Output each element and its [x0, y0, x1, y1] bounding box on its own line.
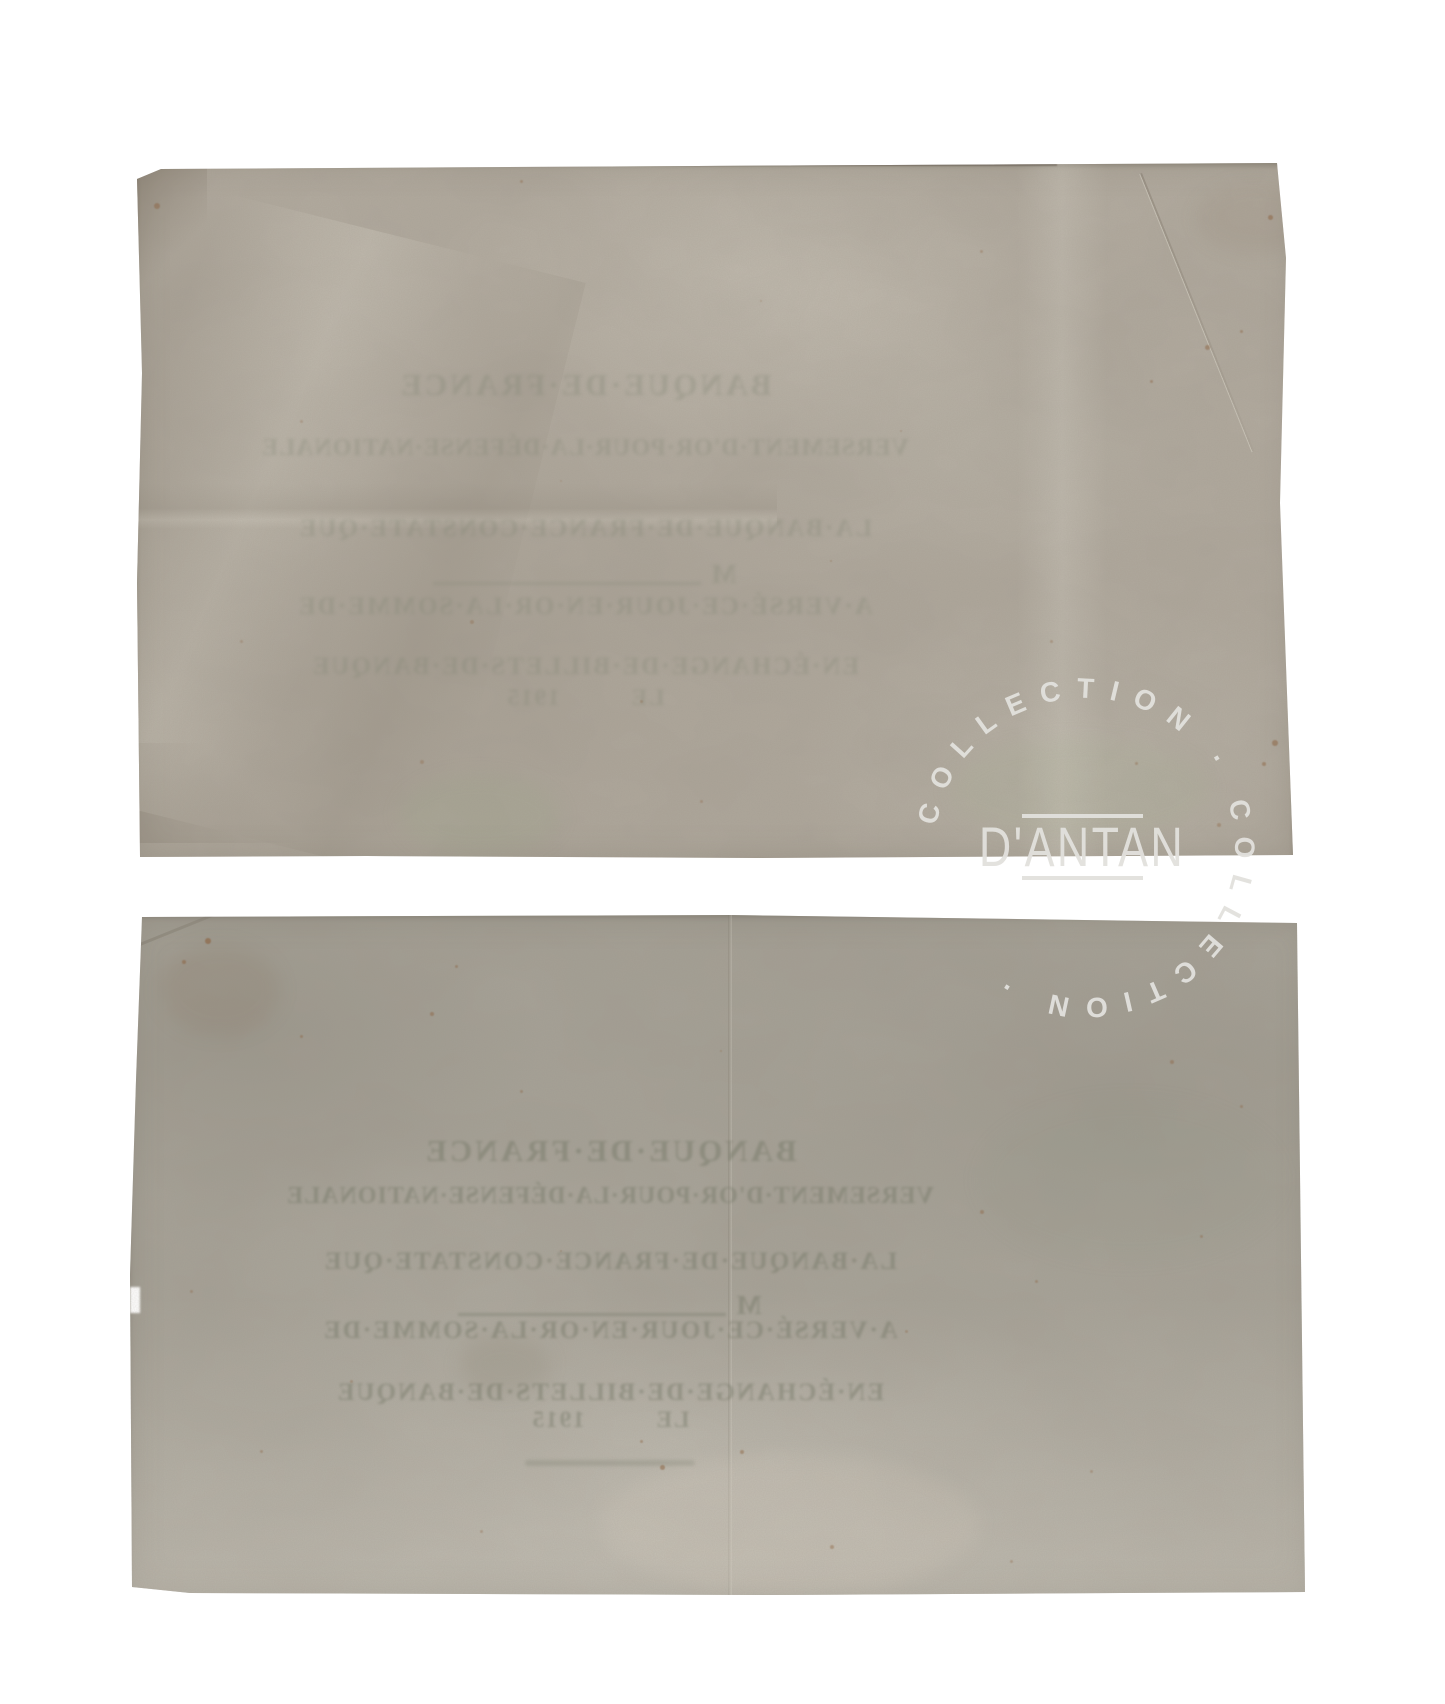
- foxing-spot: [520, 1090, 523, 1093]
- foxing-spot: [1268, 215, 1273, 220]
- ghost-title: BANQUE·DE·FRANCE: [245, 367, 925, 403]
- foxing-spot: [1170, 1060, 1174, 1064]
- foxing-spot: [190, 1290, 193, 1293]
- foxing-spot: [350, 1380, 353, 1383]
- ghost-date-line: LE 1915: [245, 685, 925, 711]
- document-top: BANQUE·DE·FRANCE VERSEMENT·D'OR·POUR·LA·…: [137, 163, 1293, 858]
- foxing-spot: [205, 938, 211, 944]
- foxing-spot: [1010, 1560, 1013, 1563]
- foxing-spot: [1240, 1105, 1243, 1108]
- foxing-spot: [640, 1440, 643, 1443]
- foxing-spot: [300, 1035, 303, 1038]
- ghost-subtitle: VERSEMENT·D'OR·POUR·LA·DÉFENSE·NATIONALE: [245, 435, 925, 462]
- foxing-spot: [640, 700, 643, 703]
- ghost-subtitle: VERSEMENT·D'OR·POUR·LA·DÉFENSE·NATIONALE: [270, 1183, 950, 1210]
- ghost-deposit: A·VERSÉ·CE·JOUR·EN·OR·LA·SOMME·DE: [270, 1317, 950, 1345]
- foxing-spot: [1217, 823, 1221, 827]
- photo: BANQUE·DE·FRANCE VERSEMENT·D'OR·POUR·LA·…: [0, 0, 1445, 1704]
- foxing-spot: [560, 480, 562, 482]
- foxing-spot: [660, 1465, 665, 1470]
- foxing-spot: [455, 965, 458, 968]
- foxing-spot: [1240, 330, 1243, 333]
- foxing-spot: [300, 420, 303, 423]
- ghost-name-line: M: [245, 559, 925, 590]
- ghost-name-initial: M: [709, 559, 736, 590]
- foxing-spot: [430, 1012, 434, 1016]
- foxing-spot: [980, 250, 983, 253]
- foxing-spot: [560, 1250, 562, 1252]
- foxing-spot: [1200, 1235, 1203, 1238]
- ghost-name-rule: [433, 582, 701, 585]
- ghost-date-prefix: LE: [655, 1407, 690, 1433]
- foxing-spot: [900, 430, 902, 432]
- foxing-spot: [740, 1450, 744, 1454]
- foxing-spot: [1205, 345, 1210, 350]
- foxing-spot: [720, 1050, 722, 1052]
- ghost-exchange: EN·ÉCHANGE·DE·BILLETS·DE·BANQUE: [270, 1379, 950, 1407]
- foxing-spot: [1135, 762, 1138, 765]
- foxing-spot: [980, 1210, 984, 1214]
- foxing-spot: [1090, 1470, 1093, 1473]
- foxing-spot: [260, 1450, 263, 1453]
- foxing-spot: [1262, 762, 1266, 766]
- foxing-spot: [520, 180, 523, 183]
- ghost-deposit: A·VERSÉ·CE·JOUR·EN·OR·LA·SOMME·DE: [245, 593, 925, 621]
- corner-fold: [137, 163, 207, 293]
- stain: [1197, 183, 1293, 253]
- edge-tear: [130, 1287, 140, 1313]
- ghost-title: BANQUE·DE·FRANCE: [270, 1133, 950, 1169]
- foxing-spot: [420, 760, 424, 764]
- ghost-exchange: EN·ÉCHANGE·DE·BILLETS·DE·BANQUE: [245, 653, 925, 681]
- stain: [950, 740, 1210, 840]
- foxing-spot: [470, 620, 474, 624]
- ghost-date-prefix: LE: [630, 685, 665, 711]
- stain: [980, 1100, 1280, 1260]
- foxing-spot: [1150, 380, 1153, 383]
- ghost-date-line: LE 1915: [270, 1407, 950, 1433]
- foxing-spot: [182, 960, 186, 964]
- foxing-spot: [1050, 640, 1053, 643]
- ghost-name-rule: [458, 1313, 726, 1316]
- edge-shadow: [297, 163, 1057, 166]
- foxing-spot: [830, 560, 832, 562]
- ghost-date-year: 1915: [531, 1407, 585, 1433]
- document-bottom: BANQUE·DE·FRANCE VERSEMENT·D'OR·POUR·LA·…: [130, 915, 1310, 1595]
- foxing-spot: [1035, 1280, 1038, 1283]
- stain: [400, 775, 560, 855]
- foxing-spot: [905, 1330, 908, 1333]
- foxing-spot: [760, 300, 762, 302]
- ghost-statement: LA·BANQUE·DE·FRANCE·CONSTATE·QUE: [245, 515, 925, 543]
- foxing-spot: [480, 1530, 483, 1533]
- stain: [460, 1335, 550, 1395]
- ghost-date-year: 1915: [506, 685, 560, 711]
- foxing-spot: [830, 1545, 834, 1549]
- foxing-spot: [154, 203, 160, 209]
- foxing-spot: [700, 800, 703, 803]
- stain: [160, 945, 280, 1035]
- ghost-statement: LA·BANQUE·DE·FRANCE·CONSTATE·QUE: [270, 1248, 950, 1276]
- stain: [600, 1455, 980, 1595]
- foxing-spot: [240, 640, 243, 643]
- ghost-print-mirrored: BANQUE·DE·FRANCE VERSEMENT·D'OR·POUR·LA·…: [245, 163, 925, 858]
- foxing-spot: [1272, 740, 1278, 746]
